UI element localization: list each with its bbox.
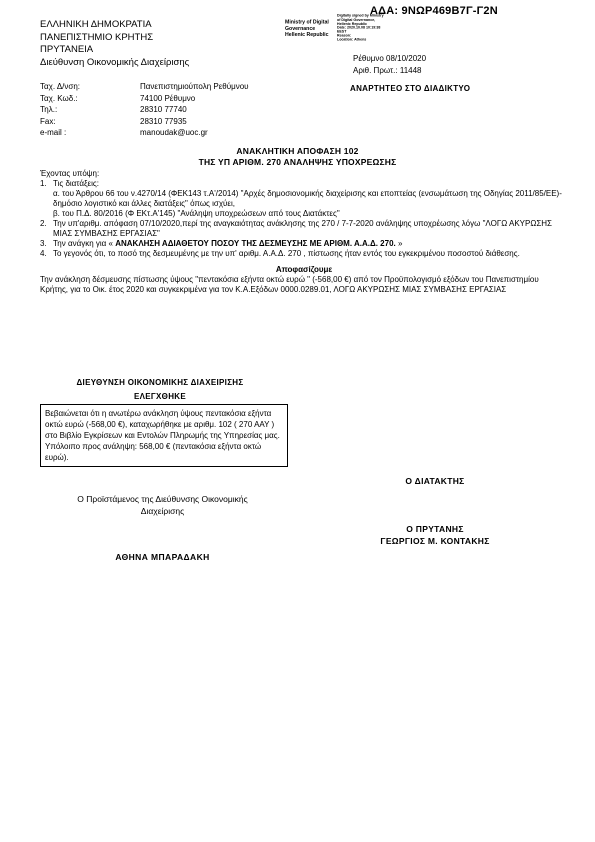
document-title: ΑΝΑΚΛΗΤΙΚΗ ΑΠΟΦΑΣΗ 102 ΤΗΣ ΥΠ ΑΡΙΘΜ. 270…: [0, 146, 595, 167]
preamble-item-2: 2. Την υπ'αριθμ. απόφαση 07/10/2020,περί…: [40, 219, 568, 239]
verification-checked: ΕΛΕΓΧΘΗΚΕ: [30, 392, 290, 401]
item-3-suffix: »: [396, 239, 403, 248]
contact-row-fax: Fax: 28310 77935: [40, 116, 249, 128]
item-text: Το γεγονός ότι, το ποσό της δεσμευμένης …: [53, 249, 568, 259]
item-1-sub-a: α. του Άρθρου 66 του ν.4270/14 (ΦΕΚ143 τ…: [53, 189, 568, 209]
item-number: 4.: [40, 249, 47, 259]
proistamenos-line-2: Διαχείρισης: [30, 506, 295, 518]
org-line-directorate: Διεύθυνση Οικονομικής Διαχείρισης: [40, 57, 189, 70]
signature-prytanis-block: Ο ΠΡΥΤΑΝΗΣ ΓΕΩΡΓΙΟΣ Μ. ΚΟΝΤΑΚΗΣ: [355, 524, 515, 547]
signature-left-name: ΑΘΗΝΑ ΜΠΑΡΑΔΑΚΗ: [30, 552, 295, 562]
title-line-2: ΤΗΣ ΥΠ ΑΡΙΘΜ. 270 ΑΝΑΛΗΨΗΣ ΥΠΟΧΡΕΩΣΗΣ: [0, 157, 595, 168]
item-text: Τις διατάξεις:: [53, 179, 568, 189]
item-3-emphasis: ΑΝΑΚΛΗΣΗ ΑΔΙΑΘΕΤΟΥ ΠΟΣΟΥ ΤΗΣ ΔΕΣΜΕΥΣΗΣ Μ…: [115, 239, 396, 248]
contact-value: Πανεπιστημιούπολη Ρεθύμνου: [140, 81, 249, 93]
document-page: ΑΔΑ: 9ΝΩΡ469Β7Γ-Γ2Ν ΕΛΛΗΝΙΚΗ ΔΗΜΟΚΡΑΤΙΑ …: [0, 0, 595, 842]
item-number: 2.: [40, 219, 47, 229]
decision-heading: Αποφασίζουμε: [40, 265, 568, 275]
contact-row-phone: Τηλ.: 28310 77740: [40, 104, 249, 116]
contact-row-postcode: Ταχ. Κωδ.: 74100 Ρέθυμνο: [40, 93, 249, 105]
signature-proistamenos-title: Ο Προϊστάμενος της Διεύθυνσης Οικονομική…: [30, 494, 295, 517]
verification-department: ΔΙΕΥΘΥΝΣΗ ΟΙΚΟΝΟΜΙΚΗΣ ΔΙΑΧΕΙΡΙΣΗΣ: [30, 378, 290, 387]
decision-body: Την ανάκληση δέσμευσης πίστωσης ύψους "π…: [40, 275, 568, 295]
verification-box: Βεβαιώνεται ότι η ανωτέρω ανάκληση ύψους…: [40, 404, 288, 467]
contact-label: Fax:: [40, 116, 140, 128]
item-1-sub-b: β. του Π.Δ. 80/2016 (Φ ΕΚτ.Α'145) "Ανάλη…: [53, 209, 568, 219]
verification-text-1: Βεβαιώνεται ότι η ανωτέρω ανάκληση ύψους…: [45, 408, 283, 441]
item-number: 3.: [40, 239, 47, 249]
digital-stamp-signature: Digitally signed by Ministry of Digital …: [337, 14, 432, 42]
stamp-signature-line: Location: Athens: [337, 38, 432, 42]
prytanis-title: Ο ΠΡΥΤΑΝΗΣ: [355, 524, 515, 536]
contact-row-address: Ταχ. Δ/νση: Πανεπιστημιούπολη Ρεθύμνου: [40, 81, 249, 93]
contact-value: 28310 77740: [140, 104, 187, 116]
contact-block: Ταχ. Δ/νση: Πανεπιστημιούπολη Ρεθύμνου Τ…: [40, 81, 249, 139]
org-line-university: ΠΑΝΕΠΙΣΤΗΜΙΟ ΚΡΗΤΗΣ: [40, 32, 189, 45]
contact-label: Ταχ. Κωδ.:: [40, 93, 140, 105]
item-text: Την υπ'αριθμ. απόφαση 07/10/2020,περί τη…: [53, 219, 568, 239]
org-line-republic: ΕΛΛΗΝΙΚΗ ΔΗΜΟΚΡΑΤΙΑ: [40, 19, 189, 32]
preamble-item-3: 3. Την ανάγκη για « ΑΝΑΚΛΗΣΗ ΑΔΙΑΘΕΤΟΥ Π…: [40, 239, 568, 249]
place-date: Ρέθυμνο 08/10/2020: [353, 54, 426, 63]
proistamenos-line-1: Ο Προϊστάμενος της Διεύθυνσης Οικονομική…: [30, 494, 295, 506]
prytanis-name: ΓΕΩΡΓΙΟΣ Μ. ΚΟΝΤΑΚΗΣ: [355, 536, 515, 548]
document-body: Έχοντας υπόψη: 1. Τις διατάξεις: α. του …: [40, 169, 568, 295]
contact-value: 28310 77935: [140, 116, 187, 128]
signature-diataktis-title: Ο ΔΙΑΤΑΚΤΗΣ: [355, 476, 515, 486]
item-3-prefix: Την ανάγκη για «: [53, 239, 115, 248]
title-line-1: ΑΝΑΚΛΗΤΙΚΗ ΑΠΟΦΑΣΗ 102: [0, 146, 595, 157]
contact-label: e-mail :: [40, 127, 140, 139]
item-text: Την ανάγκη για « ΑΝΑΚΛΗΣΗ ΑΔΙΑΘΕΤΟΥ ΠΟΣΟ…: [53, 239, 568, 249]
organization-block: ΕΛΛΗΝΙΚΗ ΔΗΜΟΚΡΑΤΙΑ ΠΑΝΕΠΙΣΤΗΜΙΟ ΚΡΗΤΗΣ …: [40, 19, 189, 70]
contact-label: Τηλ.:: [40, 104, 140, 116]
org-line-rectorate: ΠΡΥΤΑΝΕΙΑ: [40, 44, 189, 57]
publish-note: ΑΝΑΡΤΗΤΕΟ ΣΤΟ ΔΙΑΔΙΚΤΥΟ: [350, 84, 470, 93]
protocol-number: Αριθ. Πρωτ.: 11448: [353, 66, 422, 75]
verification-text-2: Υπόλοιπο προς ανάληψη: 568,00 € (πεντακό…: [45, 441, 283, 463]
contact-label: Ταχ. Δ/νση:: [40, 81, 140, 93]
item-number: 1.: [40, 179, 47, 189]
preamble-intro: Έχοντας υπόψη:: [40, 169, 568, 179]
preamble-item-1: 1. Τις διατάξεις: α. του Άρθρου 66 του ν…: [40, 179, 568, 219]
preamble-item-4: 4. Το γεγονός ότι, το ποσό της δεσμευμέν…: [40, 249, 568, 259]
email-value: manoudak@uoc.gr: [140, 127, 208, 139]
contact-value: 74100 Ρέθυμνο: [140, 93, 195, 105]
contact-row-email: e-mail : manoudak@uoc.gr: [40, 127, 249, 139]
